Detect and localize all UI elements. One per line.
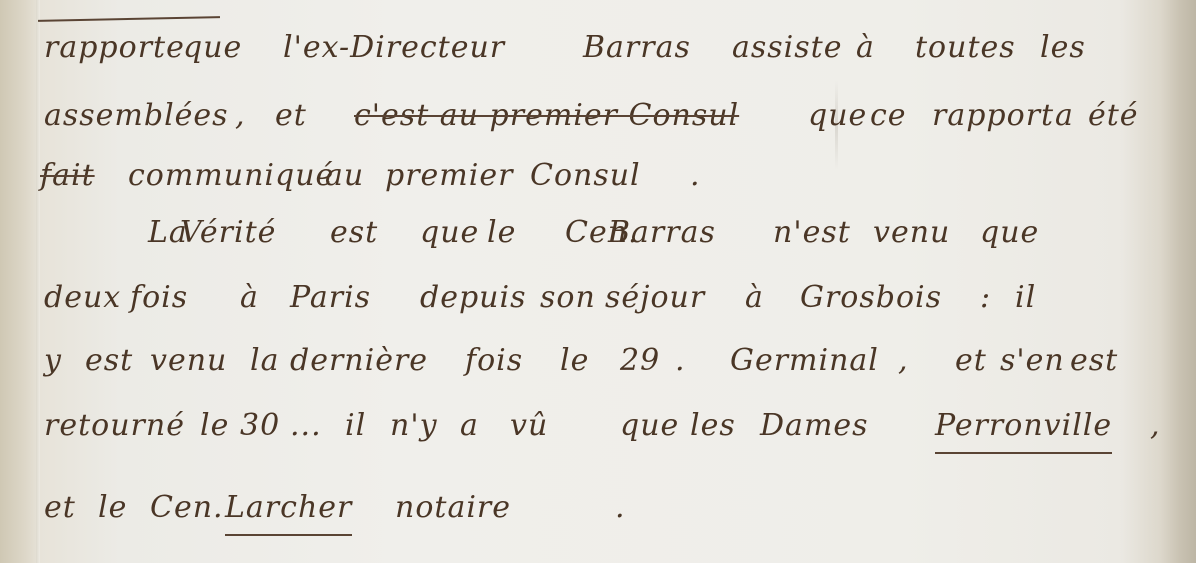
word: est [330,213,378,253]
word: dernière [290,341,428,381]
word: les [690,406,736,446]
underlined-name: Perronville [935,406,1112,454]
word: y [44,341,62,381]
word: la [250,341,279,381]
manuscript-line-1: rapportequel'ex-DirecteurBarrasassisteàt… [0,20,1196,70]
manuscript-line-5: deuxfoisàParisdepuissonséjouràGrosbois:i… [0,270,1196,320]
word: Barras [608,213,716,253]
word: le [487,213,516,253]
word: : [980,278,991,318]
word: deux [44,278,121,318]
word: Germinal [730,341,879,381]
word: que [620,406,679,446]
word: son [540,278,596,318]
word: assemblées [44,96,229,136]
word: toutes [915,28,1016,68]
struck-text: c'est au premier Consul [354,96,739,136]
word: il [1015,278,1036,318]
word: les [1040,28,1086,68]
word: été [1088,96,1139,136]
word: le [200,406,229,446]
word: Barras [583,28,691,68]
manuscript-line-8: etleCen.Larchernotaire. [0,480,1196,530]
word: et [275,96,307,136]
word: retourné [44,406,185,446]
word: depuis [420,278,526,318]
word: . [615,488,626,528]
manuscript-line-3: faitcommuniquéaupremierConsul. [0,148,1196,198]
word: que [183,28,242,68]
word: ce [870,96,907,136]
word: n'y [390,406,438,446]
word: a [1055,96,1074,136]
word: Cen. [150,488,224,528]
word: est [1070,341,1118,381]
word: assiste [732,28,842,68]
word: communiqué [128,156,334,196]
word: l'ex-Directeur [283,28,505,68]
word: fois [130,278,188,318]
word: au [325,156,364,196]
word: séjour [605,278,705,318]
word: , [1150,406,1161,446]
manuscript-line-7: retournéle30...iln'yavûquelesDamesPerron… [0,398,1196,448]
word: il [345,406,366,446]
word: . [675,341,686,381]
underlined-name: Larcher [225,488,352,536]
word: que [808,96,867,136]
manuscript-page: rapportequel'ex-DirecteurBarrasassisteàt… [0,0,1196,563]
manuscript-line-6: yestvenuladernièrefoisle29.Germinal,ets'… [0,333,1196,383]
manuscript-line-2: assemblées,etc'est au premier Consulquec… [0,88,1196,138]
manuscript-line-4: LaVéritéestqueleCen.Barrasn'estvenuque [0,205,1196,255]
word: s'en [1000,341,1065,381]
word: à [856,28,875,68]
word: Grosbois [800,278,942,318]
struck-text: fait [40,156,95,196]
word: 29 [620,341,660,381]
word: Consul [530,156,641,196]
word: premier [385,156,513,196]
word: le [98,488,127,528]
word: n'est [773,213,851,253]
word: le [560,341,589,381]
word: vû [510,406,548,446]
word: et [955,341,987,381]
word: que [420,213,479,253]
word: est [85,341,133,381]
word: . [690,156,701,196]
word: rapport [932,96,1054,136]
word: venu [873,213,950,253]
word: Paris [290,278,371,318]
word: Vérité [180,213,276,253]
word: fois [465,341,523,381]
word: et [44,488,76,528]
word: que [980,213,1039,253]
word: Dames [760,406,869,446]
word: a [460,406,479,446]
word: rapporte [44,28,185,68]
word: venu [150,341,227,381]
word: à [240,278,259,318]
word: 30 [240,406,280,446]
word: à [745,278,764,318]
word: , [898,341,909,381]
word: , [235,96,246,136]
word: notaire [395,488,511,528]
word: ... [290,406,322,446]
